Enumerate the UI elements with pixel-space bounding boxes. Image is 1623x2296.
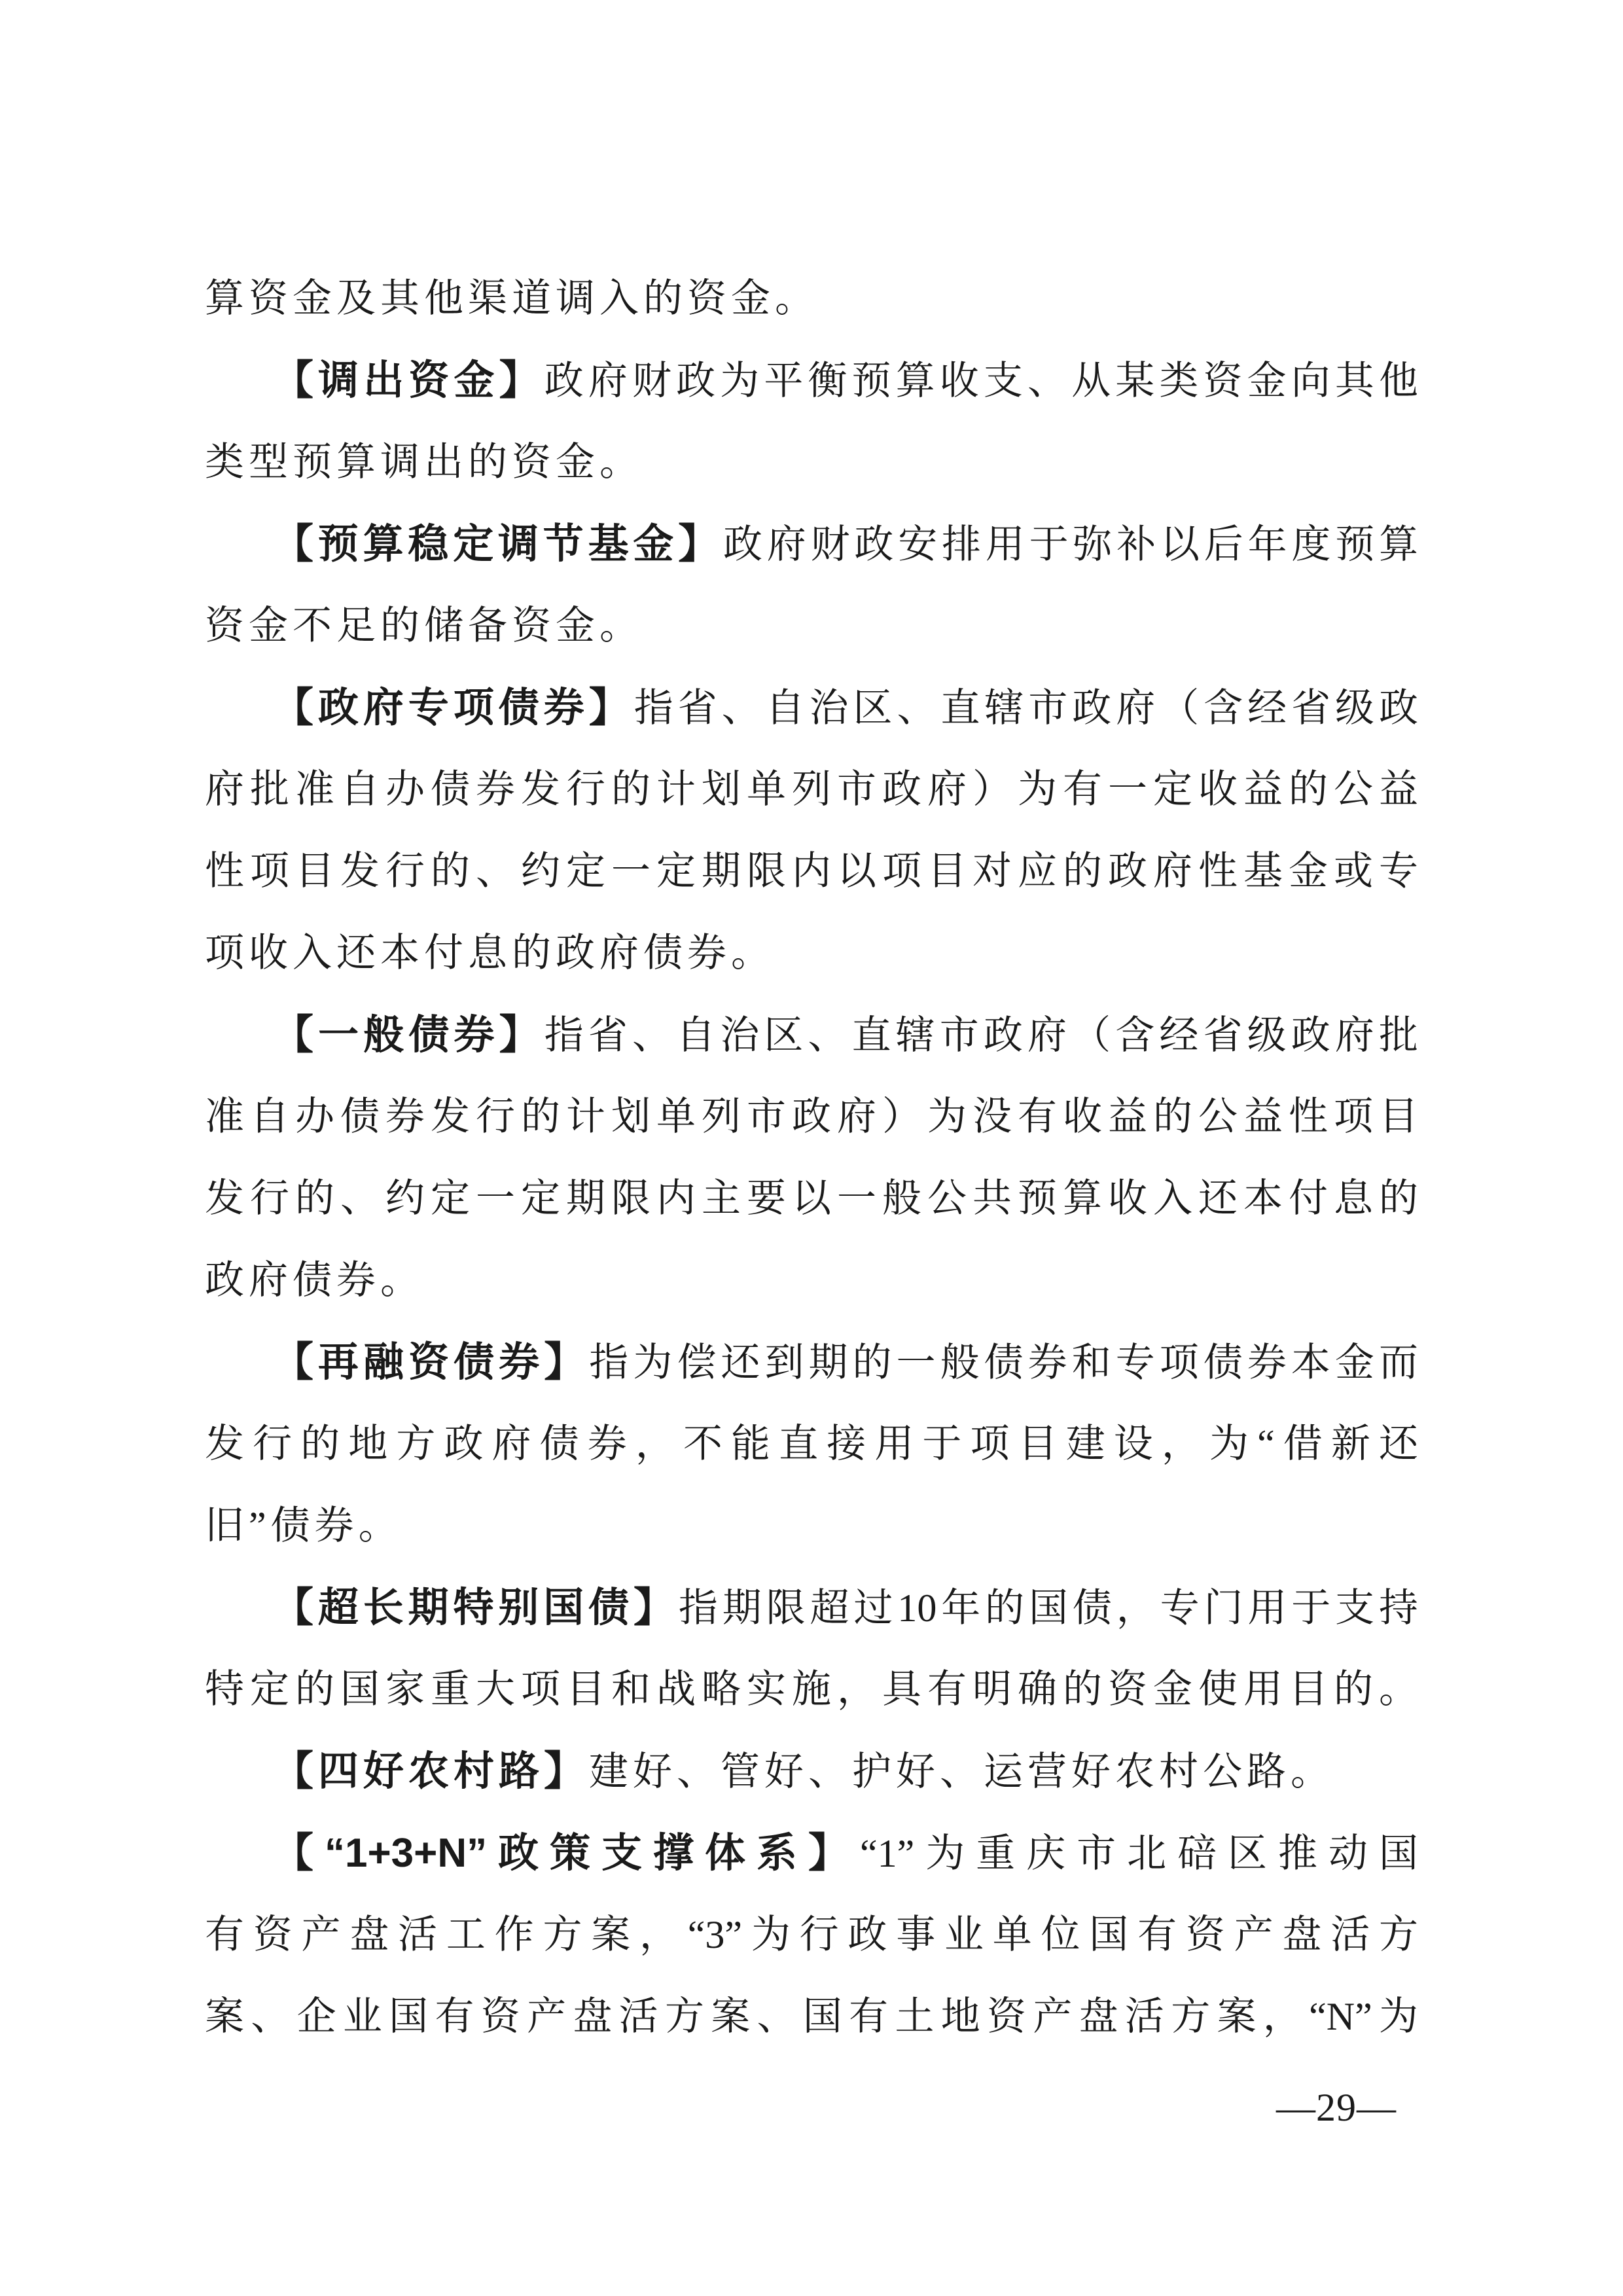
text-line: 特定的国家重大项目和战略实施，具有明确的资金使用目的。: [205, 1649, 1418, 1731]
paragraph: 【再融资债券】指为偿还到期的一般债券和专项债券本金而发行的地方政府债券，不能直接…: [205, 1321, 1418, 1567]
paragraph: 【“1+3+N”政策支撑体系】“1”为重庆市北碚区推动国有资产盘活工作方案，“3…: [205, 1812, 1418, 2058]
line-text: 指省、自治区、直辖市政府（含经省级政府批: [544, 1014, 1418, 1057]
text-line: 【调出资金】政府财政为平衡预算收支、从某类资金向其他: [205, 340, 1418, 422]
term-label: 【预算稳定调节基金】: [273, 522, 723, 567]
paragraph: 【四好农村路】建好、管好、护好、运营好农村公路。: [205, 1731, 1418, 1812]
text-line: 案、企业国有资产盘活方案、国有土地资产盘活方案，“N”为: [205, 1976, 1418, 2058]
line-text: 府批准自办债券发行的计划单列市政府）为有一定收益的公益: [205, 768, 1418, 811]
line-text: 特定的国家重大项目和战略实施，具有明确的资金使用目的。: [205, 1668, 1418, 1711]
line-text: “1”为重庆市北碚区推动国: [860, 1832, 1418, 1875]
paragraph: 【一般债券】指省、自治区、直辖市政府（含经省级政府批准自办债券发行的计划单列市政…: [205, 994, 1418, 1321]
text-line: 有资产盘活工作方案，“3”为行政事业单位国有资产盘活方: [205, 1894, 1418, 1976]
line-text: 资金不足的储备资金。: [205, 604, 643, 647]
text-line: 【政府专项债券】指省、自治区、直辖市政府（含经省级政: [205, 667, 1418, 749]
text-line: 【预算稳定调节基金】政府财政安排用于弥补以后年度预算: [205, 503, 1418, 585]
line-text: 发行的地方政府债券，不能直接用于项目建设，为“借新还: [205, 1422, 1418, 1465]
line-text: 政府财政安排用于弥补以后年度预算: [723, 523, 1418, 566]
text-line: 资金不足的储备资金。: [205, 585, 1418, 667]
text-line: 算资金及其他渠道调入的资金。: [205, 258, 1418, 340]
text-line: 【超长期特别国债】指期限超过10年的国债，专门用于支持: [205, 1567, 1418, 1649]
page-number: —29—: [1276, 2088, 1397, 2127]
term-label: 【四好农村路】: [273, 1749, 589, 1794]
line-text: 建好、管好、护好、运营好农村公路。: [589, 1750, 1334, 1793]
term-label: 【调出资金】: [273, 358, 544, 403]
text-line: 【“1+3+N”政策支撑体系】“1”为重庆市北碚区推动国: [205, 1812, 1418, 1894]
paragraph: 算资金及其他渠道调入的资金。: [205, 258, 1418, 340]
line-text: 准自办债券发行的计划单列市政府）为没有收益的公益性项目: [205, 1095, 1418, 1138]
paragraph: 【超长期特别国债】指期限超过10年的国债，专门用于支持特定的国家重大项目和战略实…: [205, 1567, 1418, 1731]
line-text: 指省、自治区、直辖市政府（含经省级政: [634, 687, 1418, 730]
term-label: 【超长期特别国债】: [273, 1585, 679, 1630]
text-line: 【四好农村路】建好、管好、护好、运营好农村公路。: [205, 1731, 1418, 1812]
body-text: 算资金及其他渠道调入的资金。【调出资金】政府财政为平衡预算收支、从某类资金向其他…: [205, 258, 1418, 2058]
term-label: 【一般债券】: [273, 1013, 544, 1058]
text-line: 旧”债券。: [205, 1485, 1418, 1567]
text-line: 府批准自办债券发行的计划单列市政府）为有一定收益的公益: [205, 749, 1418, 831]
text-line: 性项目发行的、约定一定期限内以项目对应的政府性基金或专: [205, 831, 1418, 912]
paragraph: 【预算稳定调节基金】政府财政安排用于弥补以后年度预算资金不足的储备资金。: [205, 503, 1418, 667]
document-page: { "page": { "number_label": "—29—" }, "d…: [0, 0, 1623, 2296]
paragraph: 【调出资金】政府财政为平衡预算收支、从某类资金向其他类型预算调出的资金。: [205, 340, 1418, 503]
line-text: 算资金及其他渠道调入的资金。: [205, 277, 819, 320]
line-text: 旧”债券。: [205, 1504, 402, 1547]
line-text: 指期限超过10年的国债，专门用于支持: [679, 1587, 1418, 1630]
line-text: 政府债券。: [205, 1259, 424, 1302]
term-label: 【“1+3+N”政策支撑体系】: [273, 1831, 860, 1876]
text-line: 【一般债券】指省、自治区、直辖市政府（含经省级政府批: [205, 994, 1418, 1076]
line-text: 性项目发行的、约定一定期限内以项目对应的政府性基金或专: [205, 850, 1418, 893]
text-line: 发行的、约定一定期限内主要以一般公共预算收入还本付息的: [205, 1158, 1418, 1240]
line-text: 项收入还本付息的政府债券。: [205, 931, 775, 975]
line-text: 类型预算调出的资金。: [205, 440, 643, 484]
line-text: 政府财政为平衡预算收支、从某类资金向其他: [544, 359, 1418, 403]
line-text: 指为偿还到期的一般债券和专项债券本金而: [589, 1341, 1418, 1384]
line-text: 发行的、约定一定期限内主要以一般公共预算收入还本付息的: [205, 1177, 1418, 1220]
text-line: 准自办债券发行的计划单列市政府）为没有收益的公益性项目: [205, 1076, 1418, 1158]
text-line: 项收入还本付息的政府债券。: [205, 912, 1418, 994]
line-text: 有资产盘活工作方案，“3”为行政事业单位国有资产盘活方: [205, 1913, 1418, 1956]
paragraph: 【政府专项债券】指省、自治区、直辖市政府（含经省级政府批准自办债券发行的计划单列…: [205, 667, 1418, 994]
term-label: 【政府专项债券】: [273, 685, 634, 730]
line-text: 案、企业国有资产盘活方案、国有土地资产盘活方案，“N”为: [205, 1995, 1418, 2038]
text-line: 【再融资债券】指为偿还到期的一般债券和专项债券本金而: [205, 1321, 1418, 1403]
text-line: 政府债券。: [205, 1240, 1418, 1321]
term-label: 【再融资债券】: [273, 1340, 589, 1385]
text-line: 类型预算调出的资金。: [205, 422, 1418, 503]
text-line: 发行的地方政府债券，不能直接用于项目建设，为“借新还: [205, 1403, 1418, 1485]
